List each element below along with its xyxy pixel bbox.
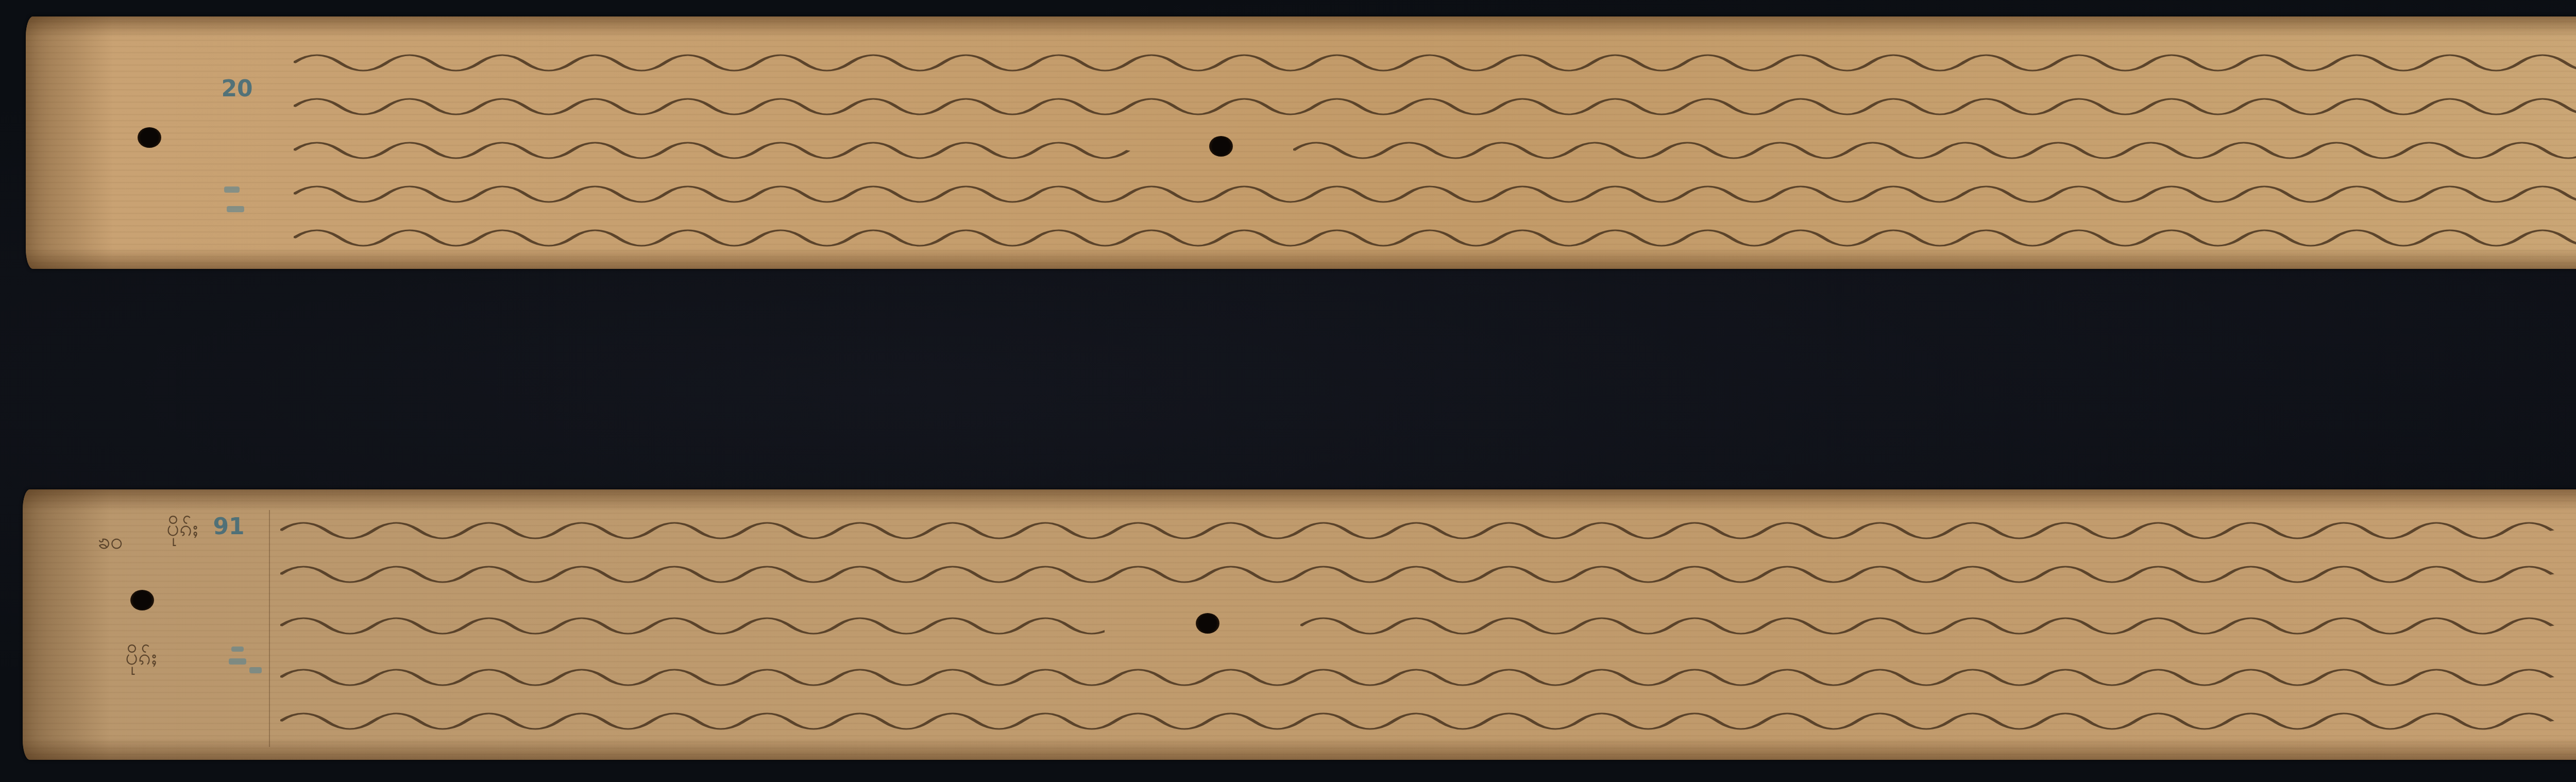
manuscript-line-3b [1293,130,2576,166]
palm-leaf-bottom: ၶ၀ ပိုၵ်ႈ ပိုၵ်ႈ 91 21 [23,489,2576,760]
margin-ruling-line [269,510,270,747]
manuscript-line-5 [280,701,2557,737]
manuscript-line-4 [294,174,2576,210]
page-number-left: 91 [213,514,244,540]
manuscript-line-4 [280,657,2557,693]
binding-hole-left [130,590,154,610]
margin-note-folio: ၶ၀ [97,527,123,560]
manuscript-line-1 [294,42,2576,78]
margin-note-title-2: ပိုၵ်ႈ [126,643,157,676]
manuscript-line-2 [294,86,2576,122]
page-number-left: 20 [221,76,252,102]
manuscript-line-1 [280,510,2557,546]
palm-leaf-top: 20 20 [26,16,2576,269]
manuscript-line-2 [280,554,2557,590]
blue-ink-mark [249,667,262,673]
blue-ink-mark [231,647,244,652]
binding-hole-center [1196,613,1219,634]
manuscript-line-3a [294,130,1139,166]
blue-ink-mark [227,206,244,212]
manuscript-line-5 [294,217,2576,253]
margin-note-title: ပိုၵ်ႈ [167,514,198,547]
manuscript-line-3b [1300,605,2557,641]
blue-ink-mark [224,186,240,193]
binding-hole-center [1209,136,1233,157]
manuscript-line-3a [280,605,1105,641]
blue-ink-mark [229,658,246,665]
binding-hole-left [138,127,161,148]
